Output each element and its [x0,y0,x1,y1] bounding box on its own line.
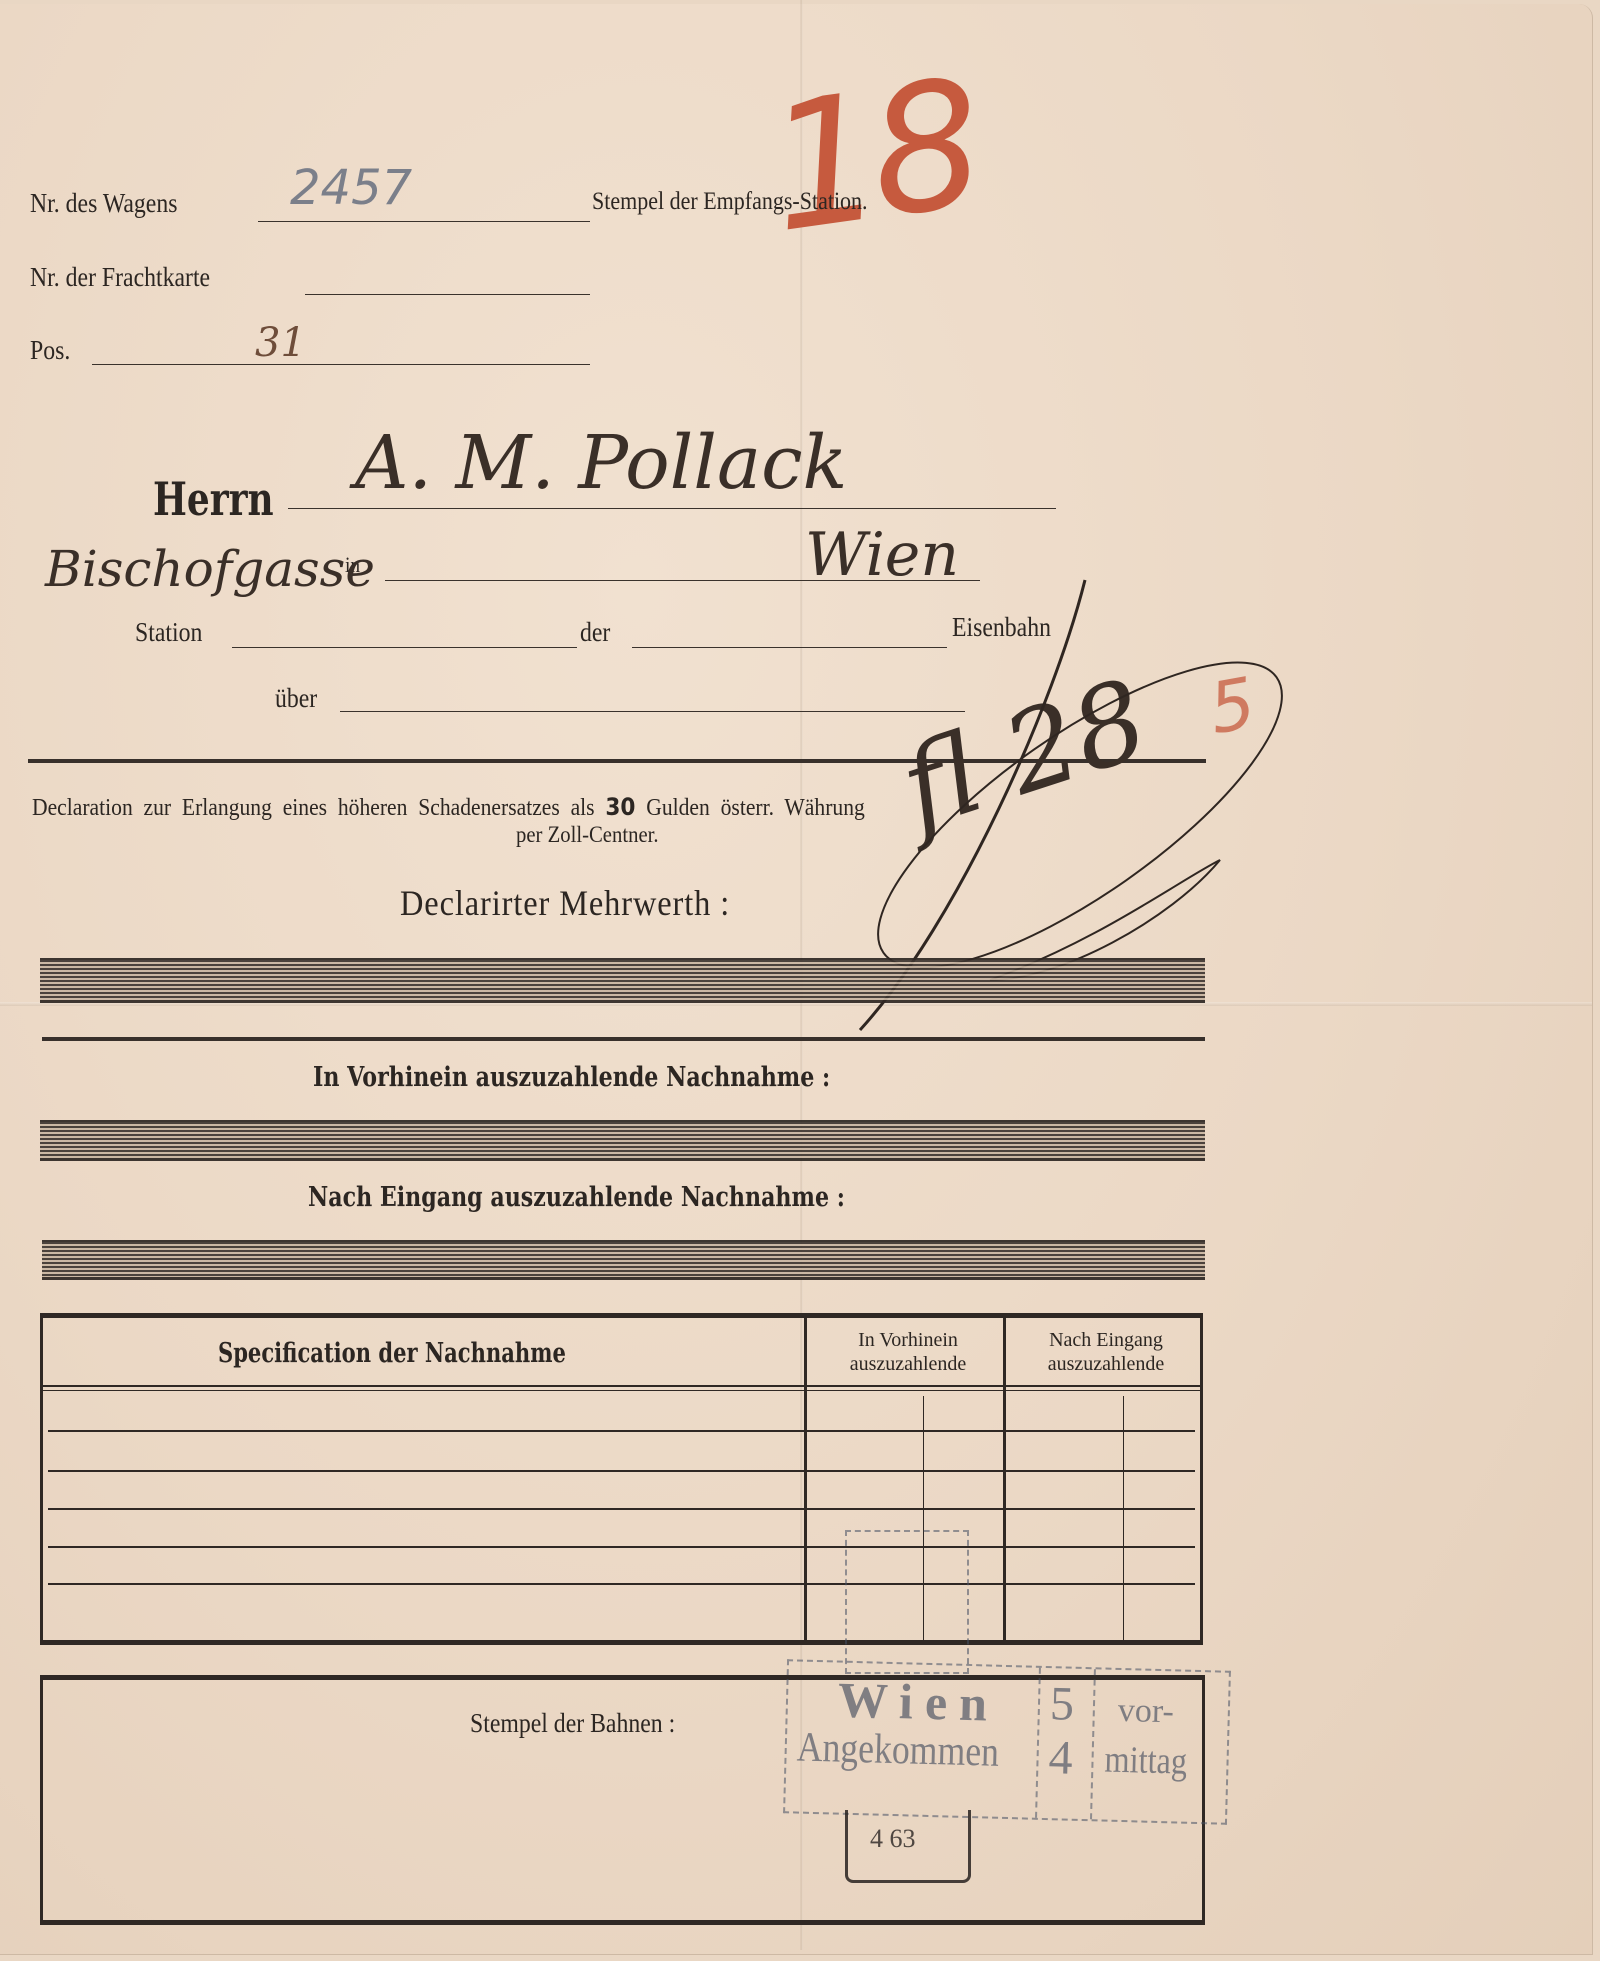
prepaid-cod-label: In Vorhinein auszuzahlende Nachnahme : [313,1062,830,1093]
table-subdivider-arrival [1123,1396,1124,1640]
wagon-number-label: Nr. des Wagens [30,188,177,219]
arrival-stamp-time-line2: mittag [1104,1738,1188,1784]
wagon-number-value[interactable]: 2457 [290,160,412,216]
table-row[interactable] [48,1508,1195,1510]
section-divider-middle [42,1037,1205,1041]
arrival-stamp-day: 5 [1049,1676,1074,1732]
arrival-stamp-status: Angekommen [796,1724,999,1777]
receiving-station-stamp-label: Stempel der Empfangs-Station. [592,188,868,216]
table-header-prepaid-line1: In Vorhinein [818,1328,998,1352]
freight-card-label: Nr. der Frachtkarte [30,262,210,293]
arrival-stamp-city: Wien [837,1671,999,1733]
table-row[interactable] [48,1546,1195,1548]
table-header-arrival: Nach Eingang auszuzahlende [1011,1328,1201,1376]
address-street[interactable]: Bischofgasse [45,540,375,598]
table-row[interactable] [48,1583,1195,1585]
arrival-stamp-divider-2 [1090,1669,1096,1819]
railway-stamps-label: Stempel der Bahnen : [470,1708,675,1739]
via-label: über [275,683,317,714]
table-header-rule [43,1385,1200,1387]
table-row[interactable] [48,1470,1195,1472]
position-label: Pos. [30,335,70,366]
table-header-arrival-line1: Nach Eingang [1011,1328,1201,1352]
table-divider-description [804,1318,807,1640]
declaration-text-part1: Declaration zur Erlangung eines höheren … [32,795,595,821]
table-header-prepaid-line2: auszuzahlende [818,1352,998,1376]
arrival-stamp: Wien Angekommen 5 4 vor- mittag [783,1659,1231,1825]
cod-specification-table: Specification der Nachnahme In Vorhinein… [40,1313,1203,1645]
table-header-arrival-line2: auszuzahlende [1011,1352,1201,1376]
table-header-description: Specification der Nachnahme [218,1338,566,1369]
station-of-label: der [580,617,610,648]
addressee-name[interactable]: A. M. Pollack [355,420,847,506]
station-line [232,647,577,648]
secondary-stamp-upper [845,1530,969,1674]
addressee-name-line [288,508,1056,509]
declaration-text-line2: per Zoll-Centner. [516,822,659,848]
declaration-text-part2: Gulden österr. Währung [646,795,865,821]
position-line [92,364,590,365]
declared-value-bar [40,958,1205,1003]
red-annotation-number: 18 [759,57,984,259]
arrival-cod-label: Nach Eingang auszuzahlende Nachnahme : [308,1182,845,1213]
table-row[interactable] [48,1430,1195,1432]
declaration-text: Declaration zur Erlangung eines höheren … [32,793,865,822]
freight-card-line [305,294,590,295]
table-header-rule-double [43,1390,1200,1391]
table-divider-prepaid [1003,1318,1006,1640]
wagon-number-line [258,221,590,222]
arrival-stamp-divider [1035,1668,1041,1818]
arrival-stamp-month: 4 [1048,1730,1073,1786]
table-header-prepaid: In Vorhinein auszuzahlende [818,1328,998,1376]
arrival-stamp-time-line1: vor- [1117,1692,1174,1731]
position-value[interactable]: 31 [255,320,306,366]
declared-value-label: Declarirter Mehrwerth : [400,882,730,924]
station-label: Station [135,617,202,648]
declaration-amount: 30 [605,793,635,821]
arrival-cod-bar[interactable] [42,1240,1205,1280]
secondary-stamp-text: 4 63 [870,1824,916,1854]
addressee-salutation: Herrn [153,472,274,526]
prepaid-cod-bar[interactable] [40,1120,1205,1161]
secondary-stamp: 4 63 [845,1810,971,1883]
